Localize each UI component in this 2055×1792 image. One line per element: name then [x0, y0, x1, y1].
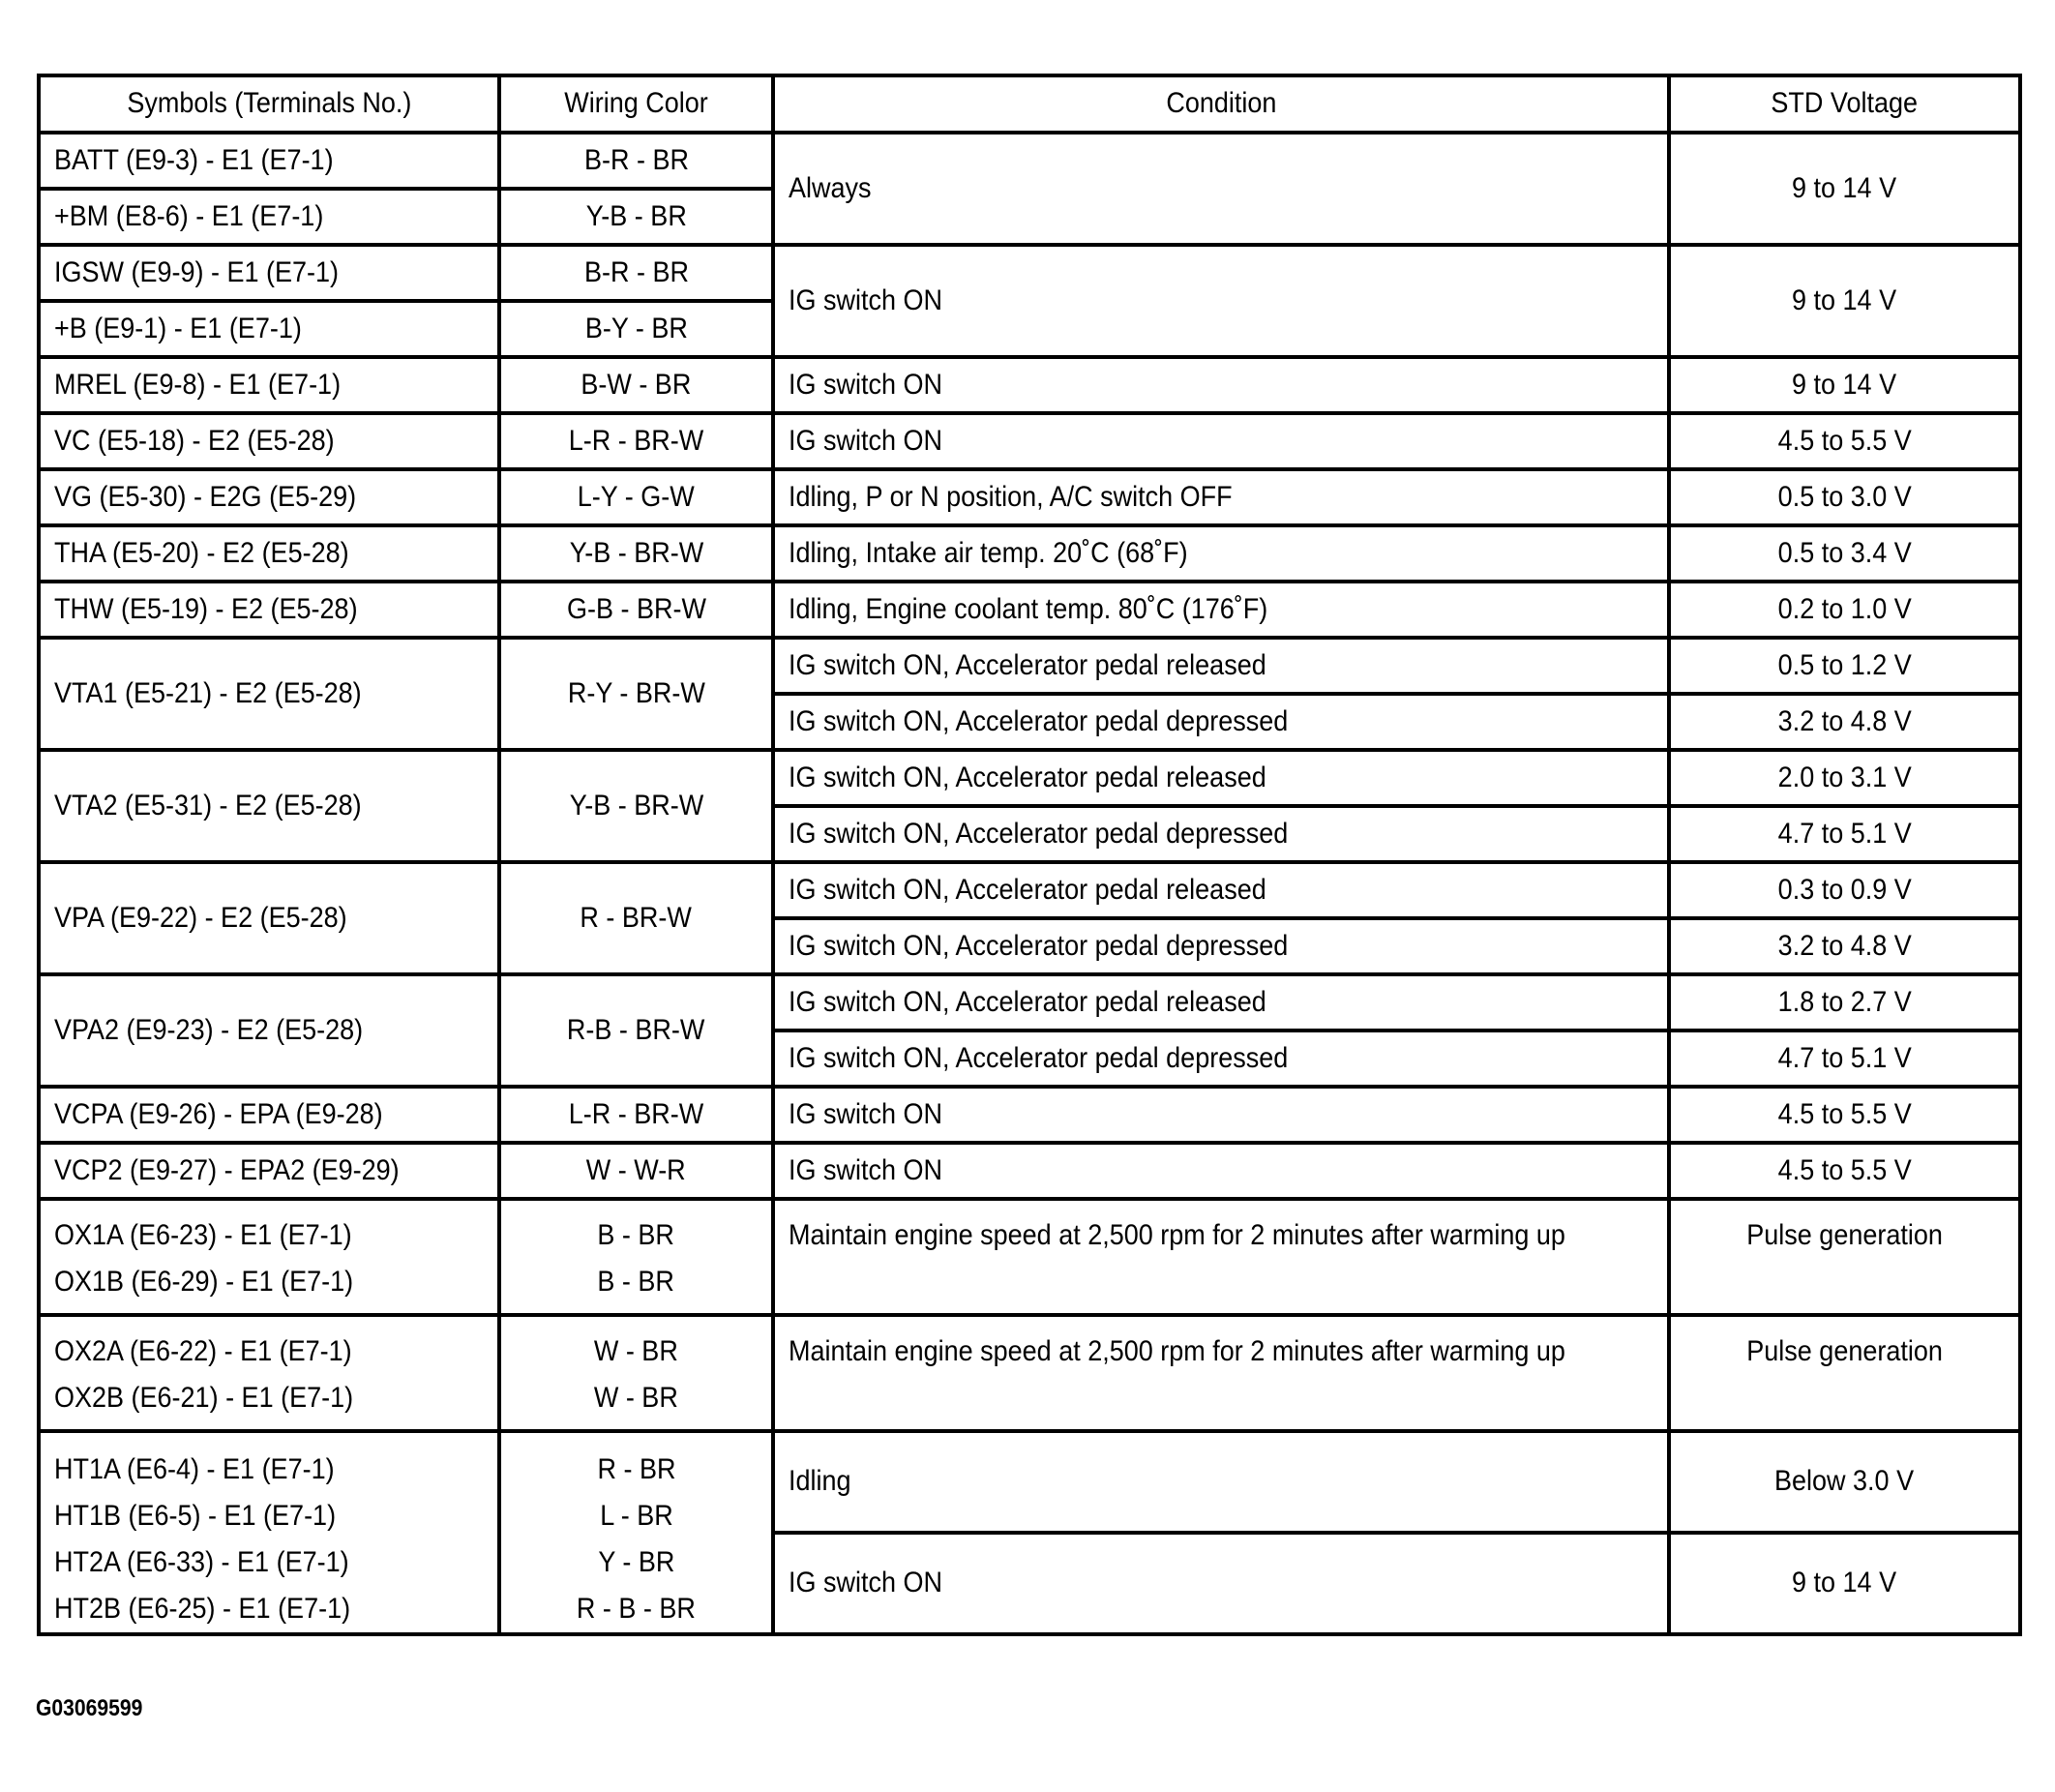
std-voltage-cell: 4.5 to 5.5 V: [1669, 413, 2020, 469]
table-row: VG (E5-30) - E2G (E5-29)L-Y - G-WIdling,…: [39, 469, 2020, 525]
wiring-color-text: R-Y - BR-W: [567, 677, 704, 711]
voltage-text: 2.0 to 3.1 V: [1777, 762, 1911, 795]
std-voltage-cell: 9 to 14 V: [1669, 1533, 2020, 1634]
std-voltage-cell: 0.3 to 0.9 V: [1669, 862, 2020, 918]
symbol-text: IGSW (E9-9) - E1 (E7-1): [54, 256, 339, 290]
symbol-cell: VG (E5-30) - E2G (E5-29): [39, 469, 499, 525]
std-voltage-cell: 9 to 14 V: [1669, 245, 2020, 357]
condition-text: IG switch ON, Accelerator pedal depresse…: [789, 930, 1288, 964]
condition-text: IG switch ON: [789, 1098, 942, 1132]
symbol-text: VCPA (E9-26) - EPA (E9-28): [54, 1098, 383, 1132]
std-voltage-cell: Pulse generation: [1669, 1315, 2020, 1431]
condition-cell: IG switch ON, Accelerator pedal released: [773, 974, 1669, 1030]
wiring-color-cell: W - W-R: [499, 1143, 773, 1199]
table-row: VPA2 (E9-23) - E2 (E5-28)R-B - BR-WIG sw…: [39, 974, 2020, 1030]
symbol-text: THW (E5-19) - E2 (E5-28): [54, 593, 358, 627]
condition-text: IG switch ON, Accelerator pedal depresse…: [789, 1042, 1288, 1076]
symbol-text: HT1A (E6-4) - E1 (E7-1): [54, 1447, 335, 1493]
symbol-cell: THW (E5-19) - E2 (E5-28): [39, 582, 499, 638]
table-body: BATT (E9-3) - E1 (E7-1)B-R - BRAlways9 t…: [39, 133, 2020, 1634]
symbol-text: VCP2 (E9-27) - EPA2 (E9-29): [54, 1154, 400, 1188]
voltage-text: 4.7 to 5.1 V: [1777, 1042, 1911, 1076]
wiring-color-text: W - BR: [594, 1375, 678, 1421]
wiring-color-cell: L-R - BR-W: [499, 1087, 773, 1143]
wiring-color-text: G-B - BR-W: [566, 593, 705, 627]
wiring-color-cell: L-R - BR-W: [499, 413, 773, 469]
table-row: IGSW (E9-9) - E1 (E7-1)B-R - BRIG switch…: [39, 245, 2020, 301]
symbol-text: VTA2 (E5-31) - E2 (E5-28): [54, 790, 362, 823]
voltage-text: 4.5 to 5.5 V: [1777, 1098, 1911, 1132]
voltage-text: Pulse generation: [1746, 1329, 1943, 1375]
condition-text: IG switch ON, Accelerator pedal released: [789, 986, 1266, 1020]
wiring-color-text: Y-B - BR-W: [569, 790, 703, 823]
voltage-text: Pulse generation: [1746, 1212, 1943, 1259]
wiring-color-text: B - BR: [598, 1259, 675, 1305]
symbol-cell: VC (E5-18) - E2 (E5-28): [39, 413, 499, 469]
symbol-text: VTA1 (E5-21) - E2 (E5-28): [54, 677, 362, 711]
symbol-cell: VPA (E9-22) - E2 (E5-28): [39, 862, 499, 974]
condition-cell: IG switch ON, Accelerator pedal released: [773, 638, 1669, 694]
table-row: VCPA (E9-26) - EPA (E9-28)L-R - BR-WIG s…: [39, 1087, 2020, 1143]
symbol-text: HT2B (E6-25) - E1 (E7-1): [54, 1586, 350, 1632]
condition-text: Idling, Engine coolant temp. 80˚C (176˚F…: [789, 593, 1267, 627]
std-voltage-cell: 9 to 14 V: [1669, 357, 2020, 413]
symbol-text: MREL (E9-8) - E1 (E7-1): [54, 369, 341, 403]
wiring-color-text: W - BR: [594, 1329, 678, 1375]
condition-text: Idling: [789, 1465, 851, 1499]
voltage-text: 3.2 to 4.8 V: [1777, 705, 1911, 739]
table-row: THA (E5-20) - E2 (E5-28)Y-B - BR-WIdling…: [39, 525, 2020, 582]
symbol-cell: HT1A (E6-4) - E1 (E7-1)HT1B (E6-5) - E1 …: [39, 1431, 499, 1634]
symbol-text: OX2B (E6-21) - E1 (E7-1): [54, 1375, 353, 1421]
symbol-cell: MREL (E9-8) - E1 (E7-1): [39, 357, 499, 413]
condition-cell: Maintain engine speed at 2,500 rpm for 2…: [773, 1199, 1669, 1315]
wiring-color-cell: B-R - BR: [499, 133, 773, 189]
symbol-text: HT1B (E6-5) - E1 (E7-1): [54, 1493, 336, 1539]
wiring-color-cell: B-R - BR: [499, 245, 773, 301]
condition-text: IG switch ON, Accelerator pedal depresse…: [789, 818, 1288, 851]
condition-cell: IG switch ON: [773, 1087, 1669, 1143]
voltage-text: 0.5 to 1.2 V: [1777, 649, 1911, 683]
wiring-color-text: L - BR: [600, 1493, 673, 1539]
condition-cell: IG switch ON, Accelerator pedal depresse…: [773, 1030, 1669, 1087]
wiring-color-cell: L-Y - G-W: [499, 469, 773, 525]
table-row: VTA1 (E5-21) - E2 (E5-28)R-Y - BR-WIG sw…: [39, 638, 2020, 694]
header-condition: Condition: [773, 75, 1669, 133]
std-voltage-cell: 0.5 to 3.4 V: [1669, 525, 2020, 582]
wiring-color-cell: R - BRL - BRY - BRR - B - BR: [499, 1431, 773, 1634]
wiring-color-cell: Y-B - BR: [499, 189, 773, 245]
condition-text: IG switch ON, Accelerator pedal released: [789, 874, 1266, 908]
condition-cell: IG switch ON, Accelerator pedal depresse…: [773, 694, 1669, 750]
voltage-text: 9 to 14 V: [1792, 172, 1896, 206]
wiring-color-cell: R - BR-W: [499, 862, 773, 974]
symbol-text: VPA2 (E9-23) - E2 (E5-28): [54, 1014, 363, 1048]
wiring-color-cell: B-Y - BR: [499, 301, 773, 357]
voltage-text: 3.2 to 4.8 V: [1777, 930, 1911, 964]
symbol-cell: VPA2 (E9-23) - E2 (E5-28): [39, 974, 499, 1087]
wiring-color-text: B - BR: [598, 1212, 675, 1259]
voltage-text: 0.5 to 3.0 V: [1777, 481, 1911, 515]
condition-text: Always: [789, 172, 872, 206]
condition-cell: IG switch ON: [773, 357, 1669, 413]
table-row: VPA (E9-22) - E2 (E5-28)R - BR-WIG switc…: [39, 862, 2020, 918]
voltage-text: 4.5 to 5.5 V: [1777, 1154, 1911, 1188]
wiring-color-text: L-R - BR-W: [569, 425, 703, 459]
std-voltage-cell: 0.2 to 1.0 V: [1669, 582, 2020, 638]
symbol-cell: THA (E5-20) - E2 (E5-28): [39, 525, 499, 582]
std-voltage-cell: 4.5 to 5.5 V: [1669, 1087, 2020, 1143]
voltage-text: 9 to 14 V: [1792, 1567, 1896, 1600]
table-row: OX1A (E6-23) - E1 (E7-1)OX1B (E6-29) - E…: [39, 1199, 2020, 1315]
terminal-voltage-table: Symbols (Terminals No.) Wiring Color Con…: [37, 74, 2022, 1636]
std-voltage-cell: 0.5 to 3.0 V: [1669, 469, 2020, 525]
wiring-color-text: B-Y - BR: [584, 313, 687, 346]
wiring-color-text: B-W - BR: [581, 369, 692, 403]
wiring-color-text: W - W-R: [586, 1154, 686, 1188]
voltage-text: 1.8 to 2.7 V: [1777, 986, 1911, 1020]
wiring-color-text: L-R - BR-W: [569, 1098, 703, 1132]
condition-text: IG switch ON, Accelerator pedal released: [789, 762, 1266, 795]
wiring-color-cell: W - BRW - BR: [499, 1315, 773, 1431]
condition-cell: Idling, Intake air temp. 20˚C (68˚F): [773, 525, 1669, 582]
table-row: THW (E5-19) - E2 (E5-28)G-B - BR-WIdling…: [39, 582, 2020, 638]
symbol-text: HT2A (E6-33) - E1 (E7-1): [54, 1539, 349, 1586]
condition-text: IG switch ON, Accelerator pedal depresse…: [789, 705, 1288, 739]
table-header-row: Symbols (Terminals No.) Wiring Color Con…: [39, 75, 2020, 133]
table-row: VC (E5-18) - E2 (E5-28)L-R - BR-WIG swit…: [39, 413, 2020, 469]
symbol-cell: BATT (E9-3) - E1 (E7-1): [39, 133, 499, 189]
symbol-cell: +BM (E8-6) - E1 (E7-1): [39, 189, 499, 245]
std-voltage-cell: 1.8 to 2.7 V: [1669, 974, 2020, 1030]
condition-cell: IG switch ON, Accelerator pedal released: [773, 862, 1669, 918]
std-voltage-cell: 4.7 to 5.1 V: [1669, 806, 2020, 862]
std-voltage-cell: Pulse generation: [1669, 1199, 2020, 1315]
voltage-text: 9 to 14 V: [1792, 369, 1896, 403]
wiring-color-text: R - BR-W: [581, 902, 692, 936]
condition-cell: Idling: [773, 1431, 1669, 1533]
wiring-color-cell: R-Y - BR-W: [499, 638, 773, 750]
table-row: MREL (E9-8) - E1 (E7-1)B-W - BRIG switch…: [39, 357, 2020, 413]
wiring-color-text: Y-B - BR-W: [569, 537, 703, 571]
symbol-text: BATT (E9-3) - E1 (E7-1): [54, 144, 334, 178]
table-row: VCP2 (E9-27) - EPA2 (E9-29)W - W-RIG swi…: [39, 1143, 2020, 1199]
symbol-text: VPA (E9-22) - E2 (E5-28): [54, 902, 347, 936]
wiring-color-text: R - B - BR: [577, 1586, 696, 1632]
condition-cell: IG switch ON: [773, 1143, 1669, 1199]
symbol-cell: VTA2 (E5-31) - E2 (E5-28): [39, 750, 499, 862]
symbol-cell: VTA1 (E5-21) - E2 (E5-28): [39, 638, 499, 750]
std-voltage-cell: 9 to 14 V: [1669, 133, 2020, 245]
symbol-text: VC (E5-18) - E2 (E5-28): [54, 425, 335, 459]
condition-text: IG switch ON: [789, 1154, 942, 1188]
table-row: OX2A (E6-22) - E1 (E7-1)OX2B (E6-21) - E…: [39, 1315, 2020, 1431]
condition-cell: Maintain engine speed at 2,500 rpm for 2…: [773, 1315, 1669, 1431]
wiring-color-cell: G-B - BR-W: [499, 582, 773, 638]
condition-cell: IG switch ON, Accelerator pedal depresse…: [773, 918, 1669, 974]
symbol-cell: +B (E9-1) - E1 (E7-1): [39, 301, 499, 357]
std-voltage-cell: Below 3.0 V: [1669, 1431, 2020, 1533]
wiring-color-text: B-R - BR: [584, 144, 689, 178]
symbol-cell: VCPA (E9-26) - EPA (E9-28): [39, 1087, 499, 1143]
condition-cell: IG switch ON, Accelerator pedal depresse…: [773, 806, 1669, 862]
std-voltage-cell: 3.2 to 4.8 V: [1669, 694, 2020, 750]
condition-text: Idling, Intake air temp. 20˚C (68˚F): [789, 537, 1188, 571]
symbol-text: +B (E9-1) - E1 (E7-1): [54, 313, 302, 346]
table-row: HT1A (E6-4) - E1 (E7-1)HT1B (E6-5) - E1 …: [39, 1431, 2020, 1533]
std-voltage-cell: 2.0 to 3.1 V: [1669, 750, 2020, 806]
table-row: BATT (E9-3) - E1 (E7-1)B-R - BRAlways9 t…: [39, 133, 2020, 189]
wiring-color-text: B-R - BR: [584, 256, 689, 290]
wiring-color-text: R-B - BR-W: [567, 1014, 704, 1048]
condition-cell: Always: [773, 133, 1669, 245]
symbol-text: VG (E5-30) - E2G (E5-29): [54, 481, 356, 515]
wiring-color-text: Y-B - BR: [585, 200, 686, 234]
condition-cell: IG switch ON: [773, 1533, 1669, 1634]
std-voltage-cell: 3.2 to 4.8 V: [1669, 918, 2020, 974]
voltage-text: 4.5 to 5.5 V: [1777, 425, 1911, 459]
symbol-text: +BM (E8-6) - E1 (E7-1): [54, 200, 323, 234]
symbol-text: OX1A (E6-23) - E1 (E7-1): [54, 1212, 352, 1259]
condition-text: IG switch ON: [789, 369, 942, 403]
std-voltage-cell: 4.7 to 5.1 V: [1669, 1030, 2020, 1087]
wiring-color-text: L-Y - G-W: [578, 481, 695, 515]
wiring-color-cell: R-B - BR-W: [499, 974, 773, 1087]
condition-text: Maintain engine speed at 2,500 rpm for 2…: [789, 1212, 1659, 1259]
header-symbols: Symbols (Terminals No.): [39, 75, 499, 133]
voltage-text: Below 3.0 V: [1774, 1465, 1914, 1499]
symbol-cell: OX1A (E6-23) - E1 (E7-1)OX1B (E6-29) - E…: [39, 1199, 499, 1315]
voltage-text: 0.2 to 1.0 V: [1777, 593, 1911, 627]
wiring-color-cell: Y-B - BR-W: [499, 750, 773, 862]
condition-cell: IG switch ON: [773, 413, 1669, 469]
condition-text: IG switch ON, Accelerator pedal released: [789, 649, 1266, 683]
wiring-color-cell: B-W - BR: [499, 357, 773, 413]
symbol-cell: OX2A (E6-22) - E1 (E7-1)OX2B (E6-21) - E…: [39, 1315, 499, 1431]
figure-code: G03069599: [36, 1695, 142, 1722]
wiring-color-text: Y - BR: [598, 1539, 674, 1586]
symbol-text: OX2A (E6-22) - E1 (E7-1): [54, 1329, 352, 1375]
condition-cell: IG switch ON, Accelerator pedal released: [773, 750, 1669, 806]
condition-text: Idling, P or N position, A/C switch OFF: [789, 481, 1233, 515]
condition-text: Maintain engine speed at 2,500 rpm for 2…: [789, 1329, 1659, 1375]
std-voltage-cell: 0.5 to 1.2 V: [1669, 638, 2020, 694]
header-wiring-color: Wiring Color: [499, 75, 773, 133]
condition-cell: Idling, P or N position, A/C switch OFF: [773, 469, 1669, 525]
condition-cell: IG switch ON: [773, 245, 1669, 357]
wiring-color-text: R - BR: [597, 1447, 675, 1493]
voltage-text: 0.5 to 3.4 V: [1777, 537, 1911, 571]
wiring-color-cell: B - BRB - BR: [499, 1199, 773, 1315]
voltage-text: 9 to 14 V: [1792, 284, 1896, 318]
header-std-voltage: STD Voltage: [1669, 75, 2020, 133]
condition-text: IG switch ON: [789, 1567, 942, 1600]
wiring-color-cell: Y-B - BR-W: [499, 525, 773, 582]
symbol-cell: IGSW (E9-9) - E1 (E7-1): [39, 245, 499, 301]
std-voltage-cell: 4.5 to 5.5 V: [1669, 1143, 2020, 1199]
condition-cell: Idling, Engine coolant temp. 80˚C (176˚F…: [773, 582, 1669, 638]
condition-text: IG switch ON: [789, 284, 942, 318]
voltage-text: 0.3 to 0.9 V: [1777, 874, 1911, 908]
symbol-text: THA (E5-20) - E2 (E5-28): [54, 537, 349, 571]
voltage-text: 4.7 to 5.1 V: [1777, 818, 1911, 851]
condition-text: IG switch ON: [789, 425, 942, 459]
symbol-cell: VCP2 (E9-27) - EPA2 (E9-29): [39, 1143, 499, 1199]
symbol-text: OX1B (E6-29) - E1 (E7-1): [54, 1259, 353, 1305]
table-row: VTA2 (E5-31) - E2 (E5-28)Y-B - BR-WIG sw…: [39, 750, 2020, 806]
